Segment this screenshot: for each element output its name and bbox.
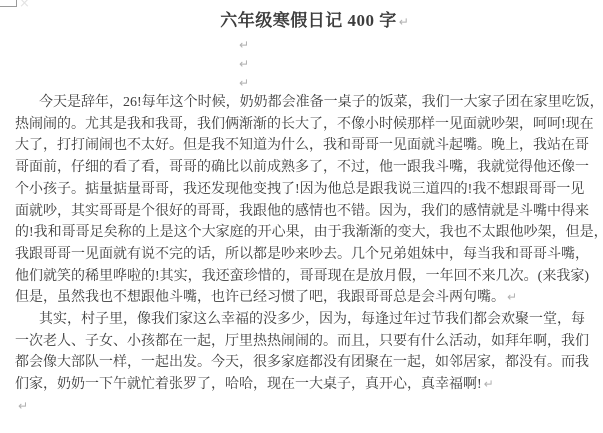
faint-cross-artifact-icon: × [19,0,30,10]
title-text: 六年级寒假日记 400 字 [220,11,397,30]
paragraph-mark-icon: ↵ [239,76,249,90]
text-line: 个小孩子。掂量掂量哥哥，我还发现他变拽了!因为他总是跟我说三道四的!我不想跟哥哥… [15,179,590,201]
paragraph-mark-icon: ↵ [507,290,517,304]
paragraph: 其实，村子里，像我们家这么幸福的没多少，因为，每逢过年过节我们都会欢聚一堂，每一… [15,309,590,396]
paragraph: 今天是辞年，26!每年这个时候，奶奶都会准备一桌子的饭菜，我们一大家子团在家里吃… [15,92,590,309]
text-line: 其实，村子里，像我们家这么幸福的没多少，因为，每逢过年过节我们都会欢聚一堂，每 [15,309,590,331]
text-line: 面就吵，其实哥哥是个很好的哥哥，我跟他的感情也不错。因为，我们的感情就是斗嘴中得… [15,201,590,223]
document-body: 今天是辞年，26!每年这个时候，奶奶都会准备一桌子的饭菜，我们一大家子团在家里吃… [0,92,603,396]
text-line: 一次老人、子女、小孩都在一起，厅里热热闹闹的。而且，只要有什么活动，如拜年啊，我… [15,331,590,353]
paragraph-mark-icon: ↵ [484,377,494,391]
text-line: 他们就笑的稀里哗啦的!其实，我还蛮珍惜的，哥哥现在是放月假，一年回不来几次。(来… [15,266,590,288]
text-line: 大了，打打闹闹也不太好。但是我不知道为什么，我和哥哥一见面就斗起嘴。晚上，我站在… [15,135,590,157]
text-line: 今天是辞年，26!每年这个时候，奶奶都会准备一桌子的饭菜，我们一大家子团在家里吃… [15,92,590,114]
text-line: 但是，虽然我也不想跟他斗嘴，也许已经习惯了吧，我跟哥哥总是会斗两句嘴。↵ [15,287,590,309]
paragraph-mark-icon: ↵ [399,15,409,29]
empty-paragraphs: ↵↵↵ [0,35,603,92]
empty-paragraph: ↵ [0,73,603,92]
paragraph-mark-icon: ↵ [239,57,249,71]
paragraph-mark-icon: ↵ [18,399,28,413]
text-line: 的!我和哥哥足矣称的上是这个大家庭的开心果，由于我渐渐的变大，我也不太跟他吵架，… [15,222,590,244]
trailing-empty-paragraph: ↵ [0,396,603,416]
text-line: 哥面前，仔细的看了看，哥哥的确比以前成熟多了，不过，他一跟我斗嘴，我就觉得他还像… [15,157,590,179]
document-page: × 六年级寒假日记 400 字↵ ↵↵↵ 今天是辞年，26!每年这个时候，奶奶都… [0,0,603,433]
text-line: 热闹闹的。尤其是我和我哥，我们俩渐渐的长大了，不像小时候那样一见面就吵架，呵呵!… [15,114,590,136]
page-margin-crop-mark-icon [0,0,17,7]
document-title: 六年级寒假日记 400 字↵ [0,0,603,35]
text-line: 都会像大部队一样，一起出发。今天，很多家庭都没有团聚在一起，如邻居家，都没有。而… [15,352,590,374]
text-line: 们家，奶奶一下午就忙着张罗了，哈哈，现在一大桌子，真开心，真幸福啊!↵ [15,374,590,396]
empty-paragraph: ↵ [0,35,603,54]
text-line: 我跟哥哥一见面就有说不完的话，所以都是吵来吵去。几个兄弟姐妹中，每当我和哥哥斗嘴… [15,244,590,266]
empty-paragraph: ↵ [0,54,603,73]
paragraph-mark-icon: ↵ [239,38,249,52]
